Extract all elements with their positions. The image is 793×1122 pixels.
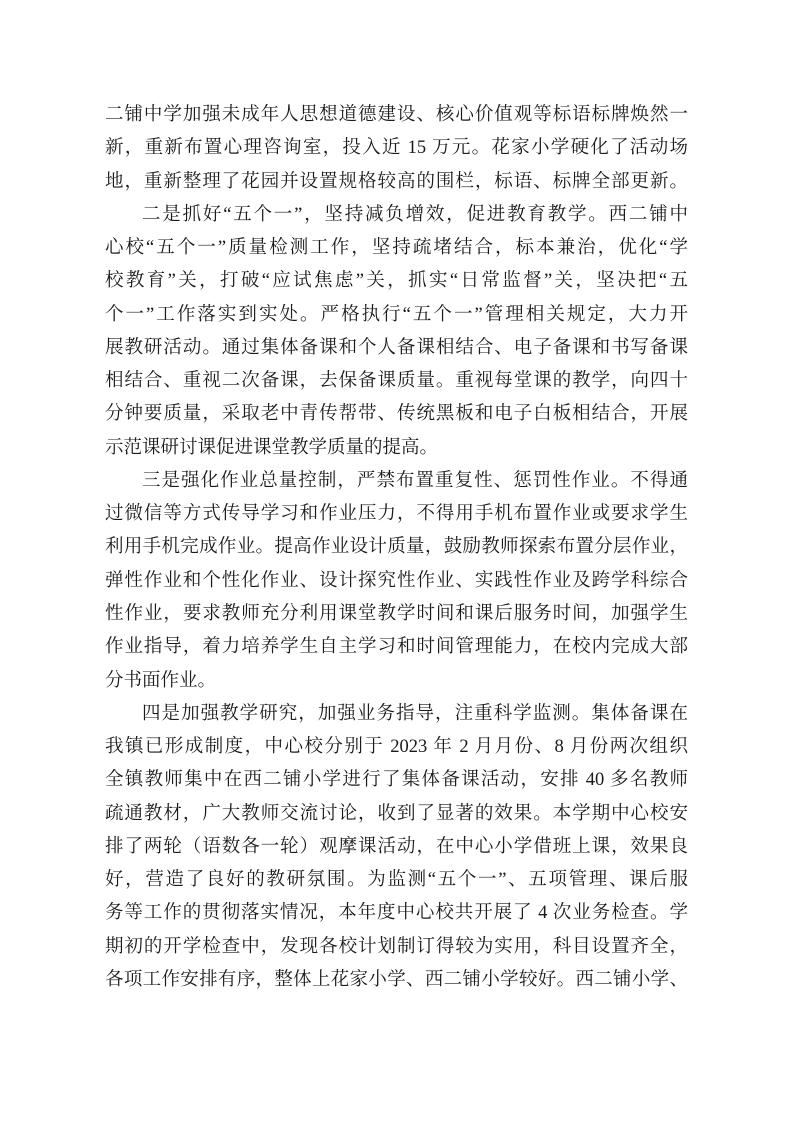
text-line: 二是抓好“五个一”，坚持减负增效，促进教育教学。西二铺中	[105, 199, 688, 232]
text-line: 性作业，要求教师充分利用课堂教学时间和课后服务时间，加强学生	[105, 598, 688, 631]
text-line: 展教研活动。通过集体备课和个人备课相结合、电子备课和书写备课	[105, 332, 688, 365]
text-line: 分书面作业。	[105, 665, 688, 698]
paragraph: 二是抓好“五个一”，坚持减负增效，促进教育教学。西二铺中心校“五个一”质量检测工…	[105, 199, 688, 465]
text-line: 期初的开学检查中，发现各校计划制订得较为实用，科目设置齐全，	[105, 931, 688, 964]
paragraph: 四是加强教学研究，加强业务指导，注重科学监测。集体备课在我镇已形成制度，中心校分…	[105, 698, 688, 997]
text-line: 新，重新布置心理咨询室，投入近 15 万元。花家小学硬化了活动场	[105, 132, 688, 165]
text-line: 各项工作安排有序，整体上花家小学、西二铺小学较好。西二铺小学、	[105, 964, 688, 997]
paragraph: 二铺中学加强未成年人思想道德建设、核心价值观等标语标牌焕然一新，重新布置心理咨询…	[105, 99, 688, 199]
text-line: 疏通教材，广大教师交流讨论，收到了显著的效果。本学期中心校安	[105, 798, 688, 831]
text-line: 四是加强教学研究，加强业务指导，注重科学监测。集体备课在	[105, 698, 688, 731]
text-line: 个一”工作落实到实处。严格执行“五个一”管理相关规定，大力开	[105, 299, 688, 332]
paragraph: 三是强化作业总量控制，严禁布置重复性、惩罚性作业。不得通过微信等方式传导学习和作…	[105, 465, 688, 698]
text-line: 我镇已形成制度，中心校分别于 2023 年 2 月月份、8 月份两次组织	[105, 731, 688, 764]
text-line: 心校“五个一”质量检测工作，坚持疏堵结合，标本兼治，优化“学	[105, 232, 688, 265]
document-page: 二铺中学加强未成年人思想道德建设、核心价值观等标语标牌焕然一新，重新布置心理咨询…	[0, 0, 793, 1122]
text-line: 二铺中学加强未成年人思想道德建设、核心价值观等标语标牌焕然一	[105, 99, 688, 132]
text-line: 示范课研讨课促进课堂教学质量的提高。	[105, 432, 688, 465]
document-body: 二铺中学加强未成年人思想道德建设、核心价值观等标语标牌焕然一新，重新布置心理咨询…	[105, 99, 688, 997]
text-line: 弹性作业和个性化作业、设计探究性作业、实践性作业及跨学科综合	[105, 565, 688, 598]
text-line: 务等工作的贯彻落实情况，本年度中心校共开展了 4 次业务检查。学	[105, 897, 688, 930]
text-line: 好，营造了良好的教研氛围。为监测“五个一”、五项管理、课后服	[105, 864, 688, 897]
text-line: 过微信等方式传导学习和作业压力，不得用手机布置作业或要求学生	[105, 498, 688, 531]
text-line: 分钟要质量，采取老中青传帮带、传统黑板和电子白板相结合，开展	[105, 398, 688, 431]
text-line: 地，重新整理了花园并设置规格较高的围栏，标语、标牌全部更新。	[105, 166, 688, 199]
text-line: 校教育”关，打破“应试焦虑”关，抓实“日常监督”关，坚决把“五	[105, 265, 688, 298]
text-line: 作业指导，着力培养学生自主学习和时间管理能力，在校内完成大部	[105, 631, 688, 664]
text-line: 相结合、重视二次备课，去保备课质量。重视每堂课的教学，向四十	[105, 365, 688, 398]
text-line: 全镇教师集中在西二铺小学进行了集体备课活动，安排 40 多名教师	[105, 764, 688, 797]
text-line: 利用手机完成作业。提高作业设计质量，鼓励教师探索布置分层作业，	[105, 531, 688, 564]
text-line: 三是强化作业总量控制，严禁布置重复性、惩罚性作业。不得通	[105, 465, 688, 498]
text-line: 排了两轮（语数各一轮）观摩课活动，在中心小学借班上课，效果良	[105, 831, 688, 864]
